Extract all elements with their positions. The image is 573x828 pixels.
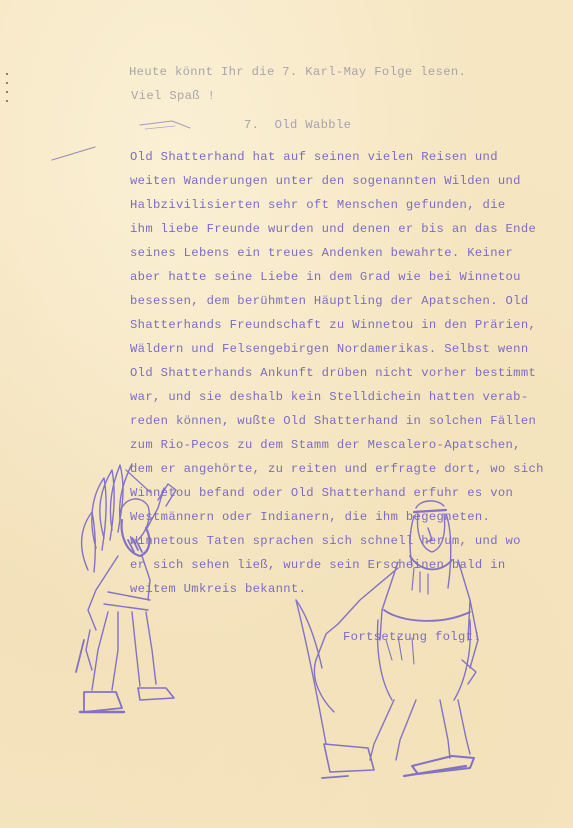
body-line: war, und sie deshalb kein Stelldichein h… (130, 390, 529, 404)
margin-punch-marks (4, 73, 10, 113)
body-line: reden können, wußte Old Shatterhand in s… (130, 414, 536, 428)
body-line: Shatterhands Freundschaft zu Winnetou in… (130, 318, 536, 332)
body-line: Wäldern und Felsengebirgen Nordamerikas.… (130, 342, 529, 356)
body-line: Westmännern oder Indianern, die ihm bege… (130, 510, 490, 524)
body-line: er sich sehen ließ, wurde sein Erscheine… (130, 558, 506, 572)
body-line: Old Shatterhands Ankunft drüben nicht vo… (130, 366, 536, 380)
body-line: zum Rio-Pecos zu dem Stamm der Mescalero… (130, 438, 521, 452)
chapter-heading: 7. Old Wabble (244, 118, 351, 132)
intro-line-2: Viel Spaß ! (131, 89, 215, 103)
document-page: Heute könnt Ihr die 7. Karl-May Folge le… (0, 0, 573, 828)
body-line: weiten Wanderungen unter den sogenannten… (130, 174, 521, 188)
body-line: Winnetous Taten sprachen sich schnell he… (130, 534, 521, 548)
body-line: seines Lebens ein treues Andenken bewahr… (130, 246, 513, 260)
continuation-note: Fortsetzung folgt! (343, 630, 481, 644)
body-line: Winnetou befand oder Old Shatterhand erf… (130, 486, 513, 500)
body-line: ihm liebe Freunde wurden und denen er bi… (130, 222, 536, 236)
body-line: Old Shatterhand hat auf seinen vielen Re… (130, 150, 498, 164)
stray-mark (140, 121, 190, 128)
body-line: weitem Umkreis bekannt. (130, 582, 306, 596)
body-line: besessen, dem berühmten Häuptling der Ap… (130, 294, 529, 308)
body-line: aber hatte seine Liebe in dem Grad wie b… (130, 270, 521, 284)
body-line: Halbzivilisierten sehr oft Menschen gefu… (130, 198, 506, 212)
stray-mark (52, 147, 95, 160)
body-line: dem er angehörte, zu reiten und erfragte… (130, 462, 544, 476)
intro-line-1: Heute könnt Ihr die 7. Karl-May Folge le… (129, 65, 466, 79)
